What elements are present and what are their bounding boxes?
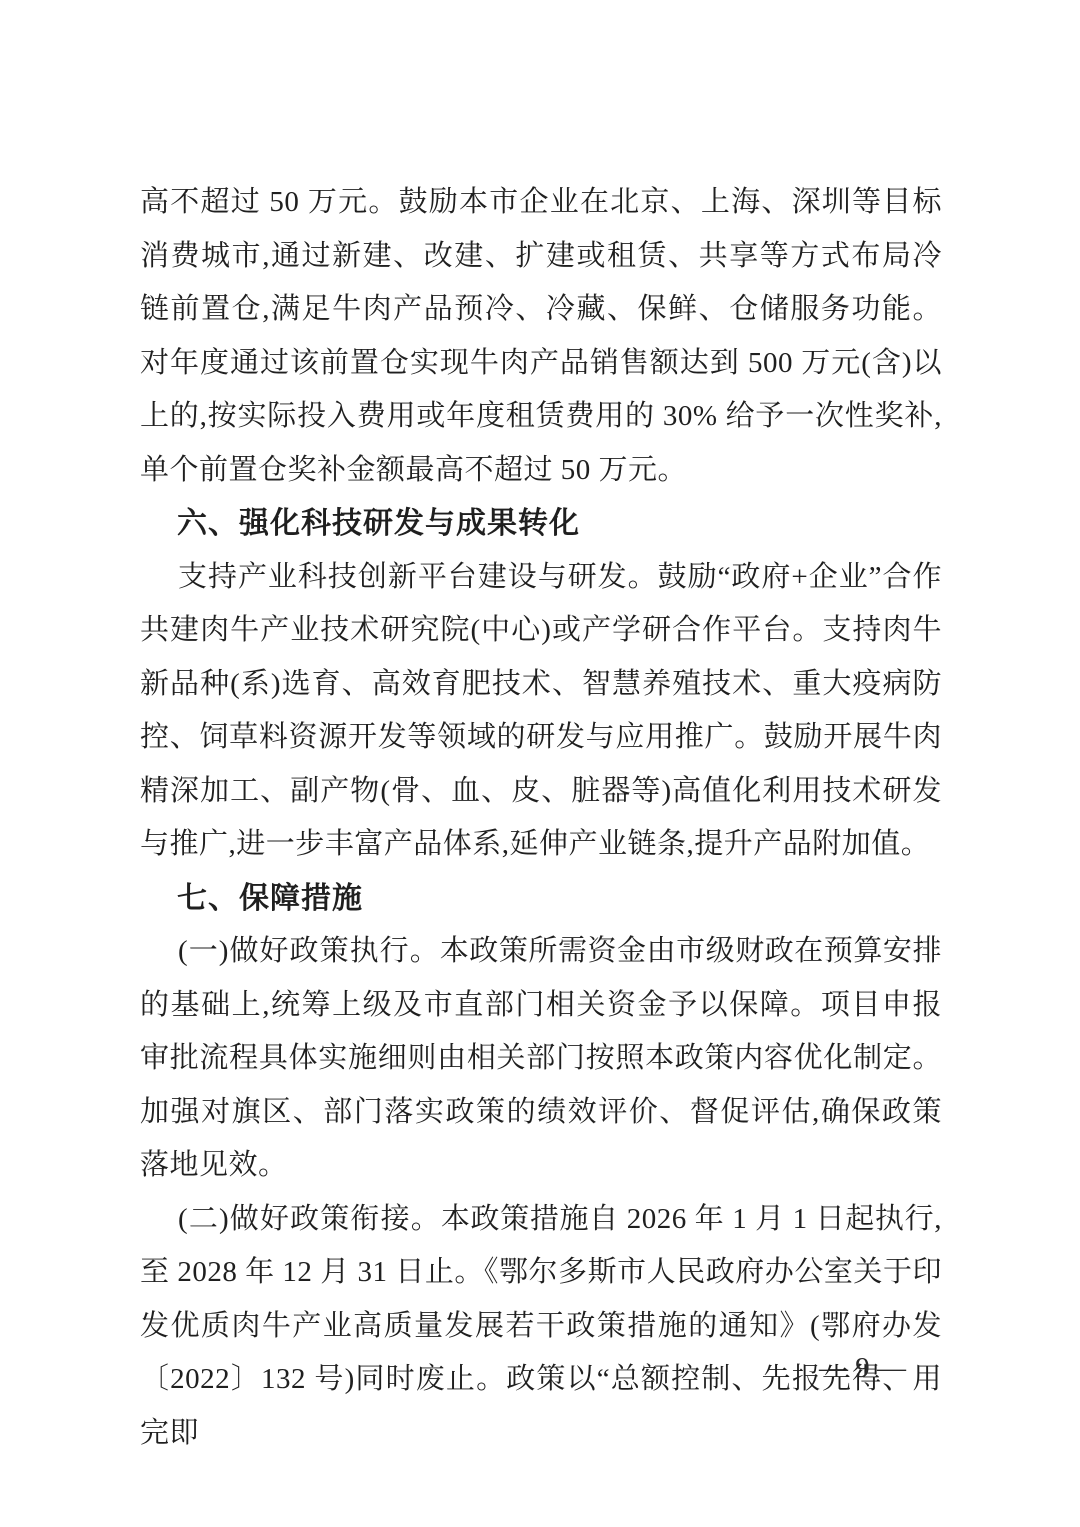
document-content: 高不超过 50 万元。鼓励本市企业在北京、上海、深圳等目标消费城市,通过新建、改…: [140, 176, 942, 1460]
item-1-lead: (一)做好政策执行。: [178, 935, 440, 967]
document-page: 高不超过 50 万元。鼓励本市企业在北京、上海、深圳等目标消费城市,通过新建、改…: [0, 0, 1080, 1527]
item-1-body: 本政策所需资金由市级财政在预算安排的基础上,统筹上级及市直部门相关资金予以保障。…: [140, 935, 942, 1181]
item-2-lead: (二)做好政策衔接。: [178, 1203, 441, 1235]
page-number: — 9 —: [819, 1350, 906, 1386]
section-6-heading: 六、强化科技研发与成果转化: [140, 497, 942, 551]
section-6-paragraph: 支持产业科技创新平台建设与研发。鼓励“政府+企业”合作共建肉牛产业技术研究院(中…: [140, 551, 942, 872]
item-2-body: 本政策措施自 2026 年 1 月 1 日起执行,至 2028 年 12 月 3…: [140, 1203, 942, 1449]
item-2-paragraph: (二)做好政策衔接。本政策措施自 2026 年 1 月 1 日起执行,至 202…: [140, 1193, 942, 1461]
item-1-paragraph: (一)做好政策执行。本政策所需资金由市级财政在预算安排的基础上,统筹上级及市直部…: [140, 925, 942, 1193]
continuation-paragraph: 高不超过 50 万元。鼓励本市企业在北京、上海、深圳等目标消费城市,通过新建、改…: [140, 176, 942, 497]
section-7-heading: 七、保障措施: [140, 872, 942, 926]
